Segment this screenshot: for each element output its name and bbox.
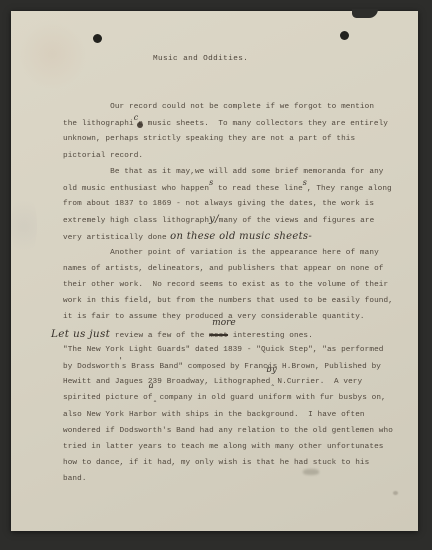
typed-text: N.Currier. A very [277,378,362,386]
text-line: old music enthusiast who happens to read… [63,180,408,196]
text-line: work in this field, but from the numbers… [63,293,408,309]
paragraph: Another point of variation is the appear… [63,245,408,326]
typed-text: s Brass Band" composed by Francis H.Brow… [122,363,381,371]
typed-text: spirited picture of [63,394,153,402]
paragraph: Be that as it may,we will add some brief… [63,164,408,245]
inserted-word: by [266,366,276,374]
text-line: also New York Harbor with ships in the b… [63,407,408,423]
text-line: Our record could not be complete if we f… [63,99,408,115]
document-body: Our record could not be complete if we f… [63,99,408,488]
typed-text: old music enthusiast who happen [63,185,209,193]
torn-edge-notch [352,9,378,18]
text-line: spirited picture ofacompany in old guard… [63,390,408,406]
typed-text: "The New York Light Guards" dated 1839 -… [63,346,384,354]
typed-text: also New York Harbor with ships in the b… [63,411,365,419]
typed-text: music sheets. To many collectors they ar… [143,120,388,128]
punch-hole-icon [340,31,349,40]
text-line: wondered if Dodsworth's Band had any rel… [63,423,408,439]
paper-smudge [393,491,398,495]
punch-hole-icon [93,34,102,43]
typed-text: wondered if Dodsworth's Band had any rel… [63,427,393,435]
typed-text: unknown, perhaps strictly speaking they … [63,135,355,143]
typed-text: many of the views and figures are [219,217,375,225]
text-line: extremely high class lithography/many of… [63,212,408,228]
text-line: from about 1837 to 1869 - not always giv… [63,196,408,212]
text-line: unknown, perhaps strictly speaking they … [63,131,408,147]
typed-text: Our record could not be complete if we f… [63,103,374,111]
typed-text: their other work. No record seems to exi… [63,281,388,289]
paragraph: Our record could not be complete if we f… [63,99,408,164]
text-line: Hewitt and Jagues 239 Broadway, Lithogra… [63,374,408,390]
typed-text: names of artists, delineators, and publi… [63,265,384,273]
typed-text: very artistically done [63,234,167,242]
text-line: by Dodsworth's Brass Band" composed by F… [63,358,408,374]
replacement-word: more [212,319,236,327]
document-title: Music and Oddities. [153,55,248,63]
handwritten-annotation: y/ [209,214,219,225]
text-line: tried in latter years to teach me along … [63,439,408,455]
struck-word: most [209,332,228,340]
text-line: names of artists, delineators, and publi… [63,261,408,277]
typed-text: , They range along [307,185,392,193]
handwritten-annotation: Let us just [51,328,110,340]
document-page: Music and Oddities. Our record could not… [11,11,418,531]
handwritten-caret-insertion: a [153,392,160,400]
typed-text: review a few of the [110,332,209,340]
text-line: pictorial record. [63,148,408,164]
typed-text: Another point of variation is the appear… [63,249,379,257]
blotted-letter: e [138,120,143,128]
text-line: the lithographice music sheets. To many … [63,115,408,131]
paper-stain [17,19,87,89]
text-line: Be that as it may,we will add some brief… [63,164,408,180]
typed-text: pictorial record. [63,152,143,160]
text-line: "The New York Light Guards" dated 1839 -… [63,342,408,358]
typed-text: band. [63,475,87,483]
typed-text: Be that as it may,we will add some brief… [63,168,384,176]
typed-text: work in this field, but from the numbers… [63,297,393,305]
typed-text: tried in latter years to teach me along … [63,443,384,451]
handwritten-caret-insertion: by [270,376,277,384]
text-line: their other work. No record seems to exi… [63,277,408,293]
handwritten-superscript: s [303,178,307,187]
typed-text: by Dodsworth [63,363,120,371]
typed-text: from about 1837 to 1869 - not always giv… [63,200,374,208]
typed-text: Hewitt and Jagues 239 Broadway, Lithogra… [63,378,270,386]
handwritten-superscript: ' [120,356,122,365]
text-line: Let us just review a few of the mostmore… [63,326,408,342]
typed-text: to read these line [213,185,303,193]
handwritten-superscript: s [209,178,213,187]
text-line: very artistically done on these old musi… [63,229,408,245]
typed-text: extremely high class lithograph [63,217,209,225]
paragraph: Let us just review a few of the mostmore… [63,326,408,488]
inserted-word: a [149,382,154,390]
text-line: band. [63,471,408,487]
typed-text: interesting ones. [228,332,313,340]
handwritten-annotation: on these old music sheets- [167,231,312,242]
typed-text: the lithographi [63,120,134,128]
typed-text: company in old guard uniform with fur bu… [160,394,386,402]
typed-text: how to dance, if it had, my only wish is… [63,459,369,467]
photo-backdrop: { "page": { "backdrop_color": "#2d2d2b",… [0,0,432,550]
text-line: how to dance, if it had, my only wish is… [63,455,408,471]
paper-stain [11,191,37,261]
text-line: Another point of variation is the appear… [63,245,408,261]
